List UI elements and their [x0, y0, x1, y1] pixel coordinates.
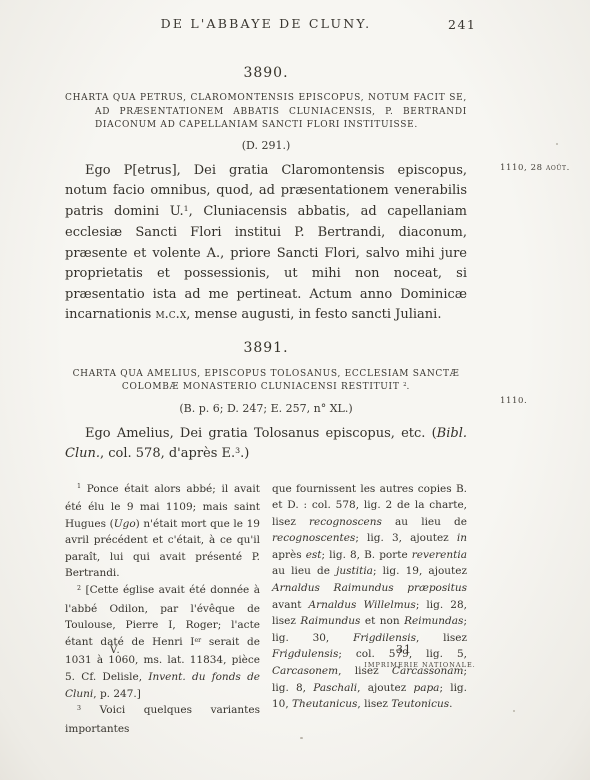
margin-date-3891: 1110. [500, 396, 586, 406]
text-block: DE L'ABBAYE DE CLUNY. 3890. CHARTA QUA P… [65, 0, 467, 737]
footnotes-block: 1 Ponce était alors abbé; il avait été é… [65, 481, 467, 738]
volume-signature: V. [110, 645, 121, 656]
margin-date-3890: 1110, 28 août. [500, 163, 586, 173]
footnote-3-start: 3 Voici quelques variantes importantes [65, 702, 260, 737]
scanned-book-page: 241 1110, 28 août. 1110. DE L'ABBAYE DE … [0, 0, 590, 780]
footnote-2: 2 [Cette église avait été donnée à l'abb… [65, 582, 260, 702]
printer-imprint: IMPRIMERIE NATIONALE. [350, 661, 490, 669]
charter-number-3890: 3890. [65, 65, 467, 81]
charter-body-3891: Ego Amelius, Dei gratia Tolosanus episco… [65, 424, 467, 466]
charter-body-3890: Ego P[etrus], Dei gratia Claromontensis … [65, 161, 467, 326]
running-header: DE L'ABBAYE DE CLUNY. [65, 0, 467, 31]
scan-speck [513, 710, 515, 712]
charter-number-3891: 3891. [65, 340, 467, 356]
footnote-1: 1 Ponce était alors abbé; il avait été é… [65, 481, 260, 583]
charter-heading-3890: CHARTA QUA PETRUS, CLAROMONTENSIS EPISCO… [65, 92, 467, 133]
scan-speck [300, 737, 303, 739]
footnotes-right-column: que fournissent les autres copies B. et … [272, 481, 467, 738]
source-reference-3891: (B. p. 6; D. 247; E. 257, n° XL.) [65, 402, 467, 415]
footnote-3-continuation: que fournissent les autres copies B. et … [272, 481, 467, 713]
charter-heading-3891: CHARTA QUA AMELIUS, EPISCOPUS TOLOSANUS,… [65, 368, 467, 396]
footnotes-left-column: 1 Ponce était alors abbé; il avait été é… [65, 481, 260, 738]
scan-speck [556, 143, 558, 145]
source-reference-3890: (D. 291.) [65, 139, 467, 152]
sheet-signature: 31 [396, 643, 412, 656]
